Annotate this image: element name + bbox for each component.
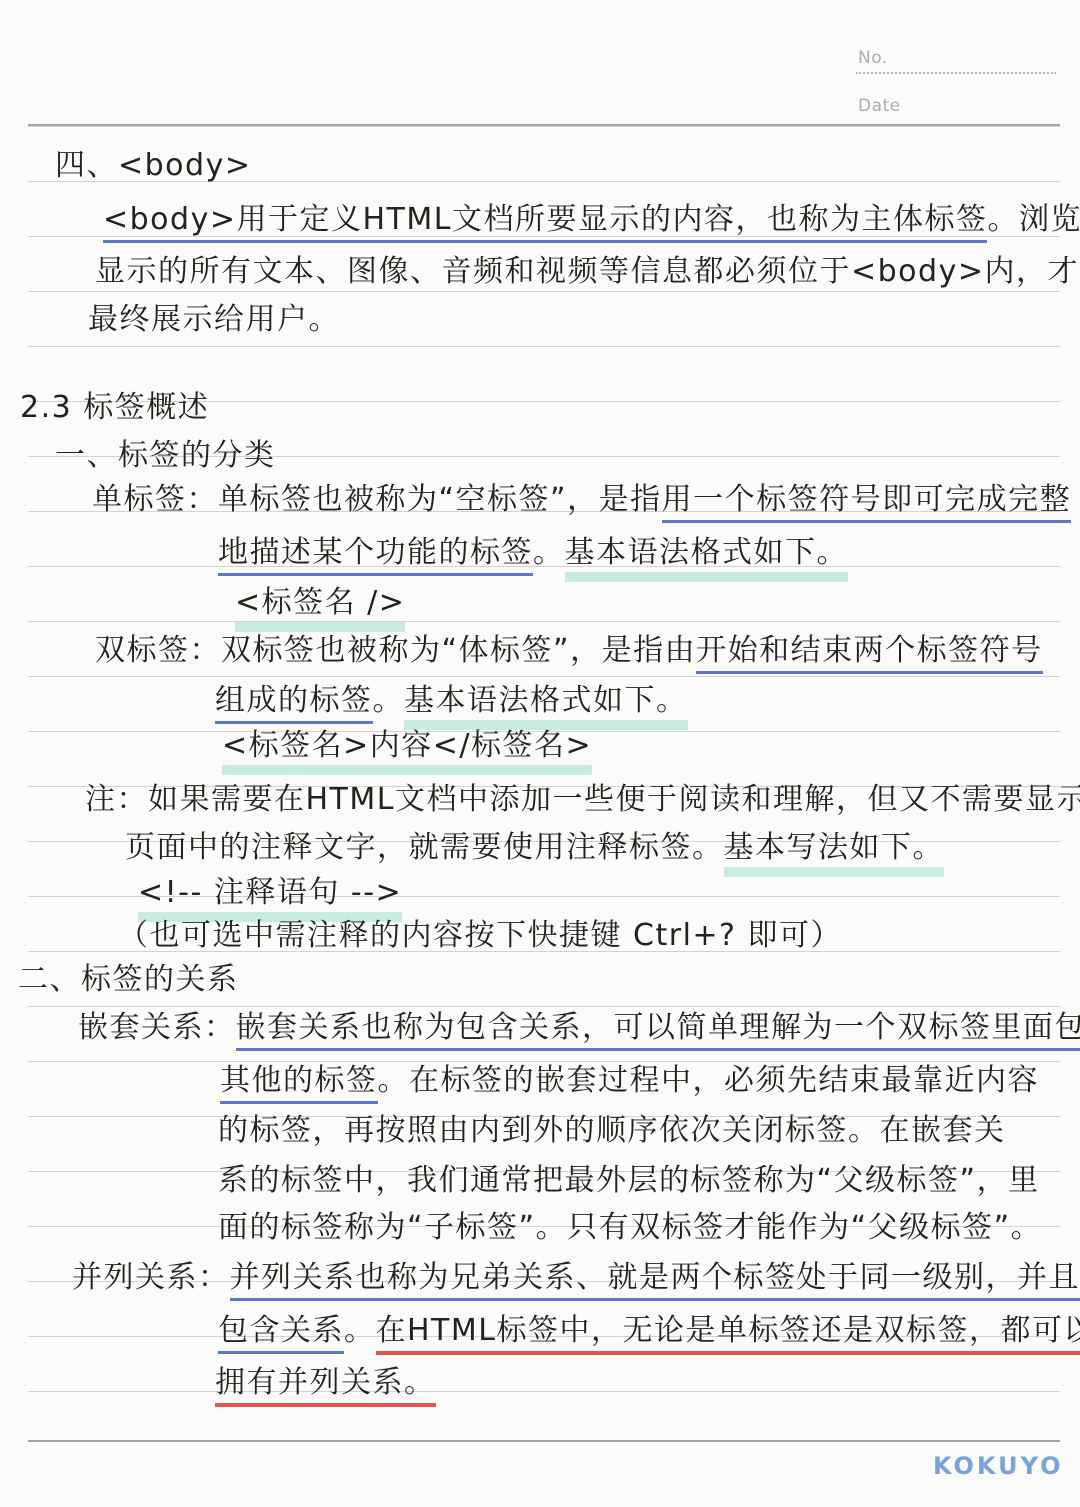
page-number-label: No. xyxy=(858,48,888,68)
text-segment: （也可选中需注释的内容按下快捷键 Ctrl+? 即可） xyxy=(118,918,842,953)
text-segment: 页面中的注释文字，就需要使用注释标签。 xyxy=(125,830,724,865)
text-segment: 系的标签中，我们通常把最外层的标签称为“父级标签”，里 xyxy=(218,1163,1040,1198)
text-segment: 在HTML标签中，无论是单标签还是双标签，都可以 xyxy=(376,1313,1080,1355)
note-line: 嵌套关系：嵌套关系也称为包含关系，可以简单理解为一个双标签里面包含 xyxy=(78,1010,1080,1046)
text-segment: <body>用于定义HTML文档所要显示的内容，也称为主体标签 xyxy=(103,202,987,243)
text-segment: 包含关系 xyxy=(218,1313,344,1354)
text-segment: 。在标签的嵌套过程中，必须先结束最靠近内容 xyxy=(378,1063,1040,1098)
page-number-dotted-line xyxy=(856,72,1056,74)
text-segment: 。 xyxy=(533,535,565,570)
text-segment: 注：如果需要在HTML文档中添加一些便于阅读和理解，但又不需要显示在 xyxy=(85,782,1080,817)
text-segment: 基本语法格式如下。 xyxy=(404,683,688,730)
text-segment: 二、标签的关系 xyxy=(18,962,239,997)
note-line: 最终展示给用户。 xyxy=(88,302,340,338)
text-segment: 嵌套关系： xyxy=(78,1010,236,1045)
note-line: <!-- 注释语句 --> xyxy=(138,875,402,911)
note-line: 显示的所有文本、图像、音频和视频等信息都必须位于<body>内，才能 xyxy=(95,254,1080,290)
note-line: 二、标签的关系 xyxy=(18,962,239,998)
note-line: 系的标签中，我们通常把最外层的标签称为“父级标签”，里 xyxy=(218,1163,1040,1199)
note-line: 注：如果需要在HTML文档中添加一些便于阅读和理解，但又不需要显示在 xyxy=(85,782,1080,818)
note-line: <body>用于定义HTML文档所要显示的内容，也称为主体标签。浏览器中 xyxy=(103,202,1080,238)
note-line: 拥有并列关系。 xyxy=(215,1365,436,1401)
note-line: 四、<body> xyxy=(55,148,251,184)
text-segment: 并列关系： xyxy=(72,1260,230,1295)
text-segment: 嵌套关系也称为包含关系，可以简单理解为一个双标签里面包含 xyxy=(236,1010,1080,1051)
bottom-rule-line xyxy=(28,1440,1060,1442)
note-line: 组成的标签。基本语法格式如下。 xyxy=(215,683,688,719)
text-segment: 并列关系也称为兄弟关系、就是两个标签处于同一级别，并且没有 xyxy=(230,1260,1080,1301)
note-line: 页面中的注释文字，就需要使用注释标签。基本写法如下。 xyxy=(125,830,944,866)
text-segment: 显示的所有文本、图像、音频和视频等信息都必须位于<body>内，才能 xyxy=(95,254,1080,289)
note-line: <标签名 /> xyxy=(235,585,405,621)
text-segment: <标签名 /> xyxy=(235,585,405,632)
note-line: <标签名>内容</标签名> xyxy=(222,728,592,764)
text-segment: 其他的标签 xyxy=(220,1063,378,1104)
text-segment: 。 xyxy=(344,1313,376,1348)
text-segment: 。 xyxy=(373,683,405,718)
note-line: 2.3 标签概述 xyxy=(20,390,209,426)
note-line: 单标签：单标签也被称为“空标签”，是指用一个标签符号即可完成完整 xyxy=(92,482,1071,518)
note-line: 包含关系。在HTML标签中，无论是单标签还是双标签，都可以 xyxy=(218,1313,1080,1349)
text-segment: 开始和结束两个标签符号 xyxy=(696,633,1043,674)
note-line: 其他的标签。在标签的嵌套过程中，必须先结束最靠近内容 xyxy=(220,1063,1039,1099)
top-rule-line xyxy=(28,124,1060,126)
text-segment: 最终展示给用户。 xyxy=(88,302,340,337)
text-segment: <!-- 注释语句 --> xyxy=(138,875,402,922)
text-segment: 单标签：单标签也被称为“空标签”，是指 xyxy=(92,482,662,517)
text-segment: 地描述某个功能的标签 xyxy=(218,535,533,576)
note-line: 的标签，再按照由内到外的顺序依次关闭标签。在嵌套关 xyxy=(218,1113,1006,1149)
brand-logo: KOKUYO xyxy=(933,1452,1064,1480)
text-segment: 的标签，再按照由内到外的顺序依次关闭标签。在嵌套关 xyxy=(218,1113,1006,1148)
text-segment: 组成的标签 xyxy=(215,683,373,724)
text-segment: 2.3 标签概述 xyxy=(20,390,209,425)
text-segment: 面的标签称为“子标签”。只有双标签才能作为“父级标签”。 xyxy=(218,1210,1042,1245)
note-line: 一、标签的分类 xyxy=(55,438,276,474)
text-segment: 一、标签的分类 xyxy=(55,438,276,473)
text-segment: 。浏览器中 xyxy=(987,202,1080,237)
notebook-page: No. Date 四、<body><body>用于定义HTML文档所要显示的内容… xyxy=(0,0,1080,1507)
text-segment: 用一个标签符号即可完成完整 xyxy=(662,482,1072,523)
note-line: 地描述某个功能的标签。基本语法格式如下。 xyxy=(218,535,848,571)
text-segment: 基本写法如下。 xyxy=(724,830,945,877)
note-line: 并列关系：并列关系也称为兄弟关系、就是两个标签处于同一级别，并且没有 xyxy=(72,1260,1080,1296)
text-segment: <标签名>内容</标签名> xyxy=(222,728,592,775)
note-line: 面的标签称为“子标签”。只有双标签才能作为“父级标签”。 xyxy=(218,1210,1042,1246)
note-line: （也可选中需注释的内容按下快捷键 Ctrl+? 即可） xyxy=(118,918,842,954)
text-segment: 基本语法格式如下。 xyxy=(565,535,849,582)
text-segment: 四、<body> xyxy=(55,148,251,183)
text-segment: 双标签：双标签也被称为“体标签”，是指由 xyxy=(95,633,696,668)
note-line: 双标签：双标签也被称为“体标签”，是指由开始和结束两个标签符号 xyxy=(95,633,1043,669)
date-label: Date xyxy=(858,96,901,116)
text-segment: 拥有并列关系。 xyxy=(215,1365,436,1407)
